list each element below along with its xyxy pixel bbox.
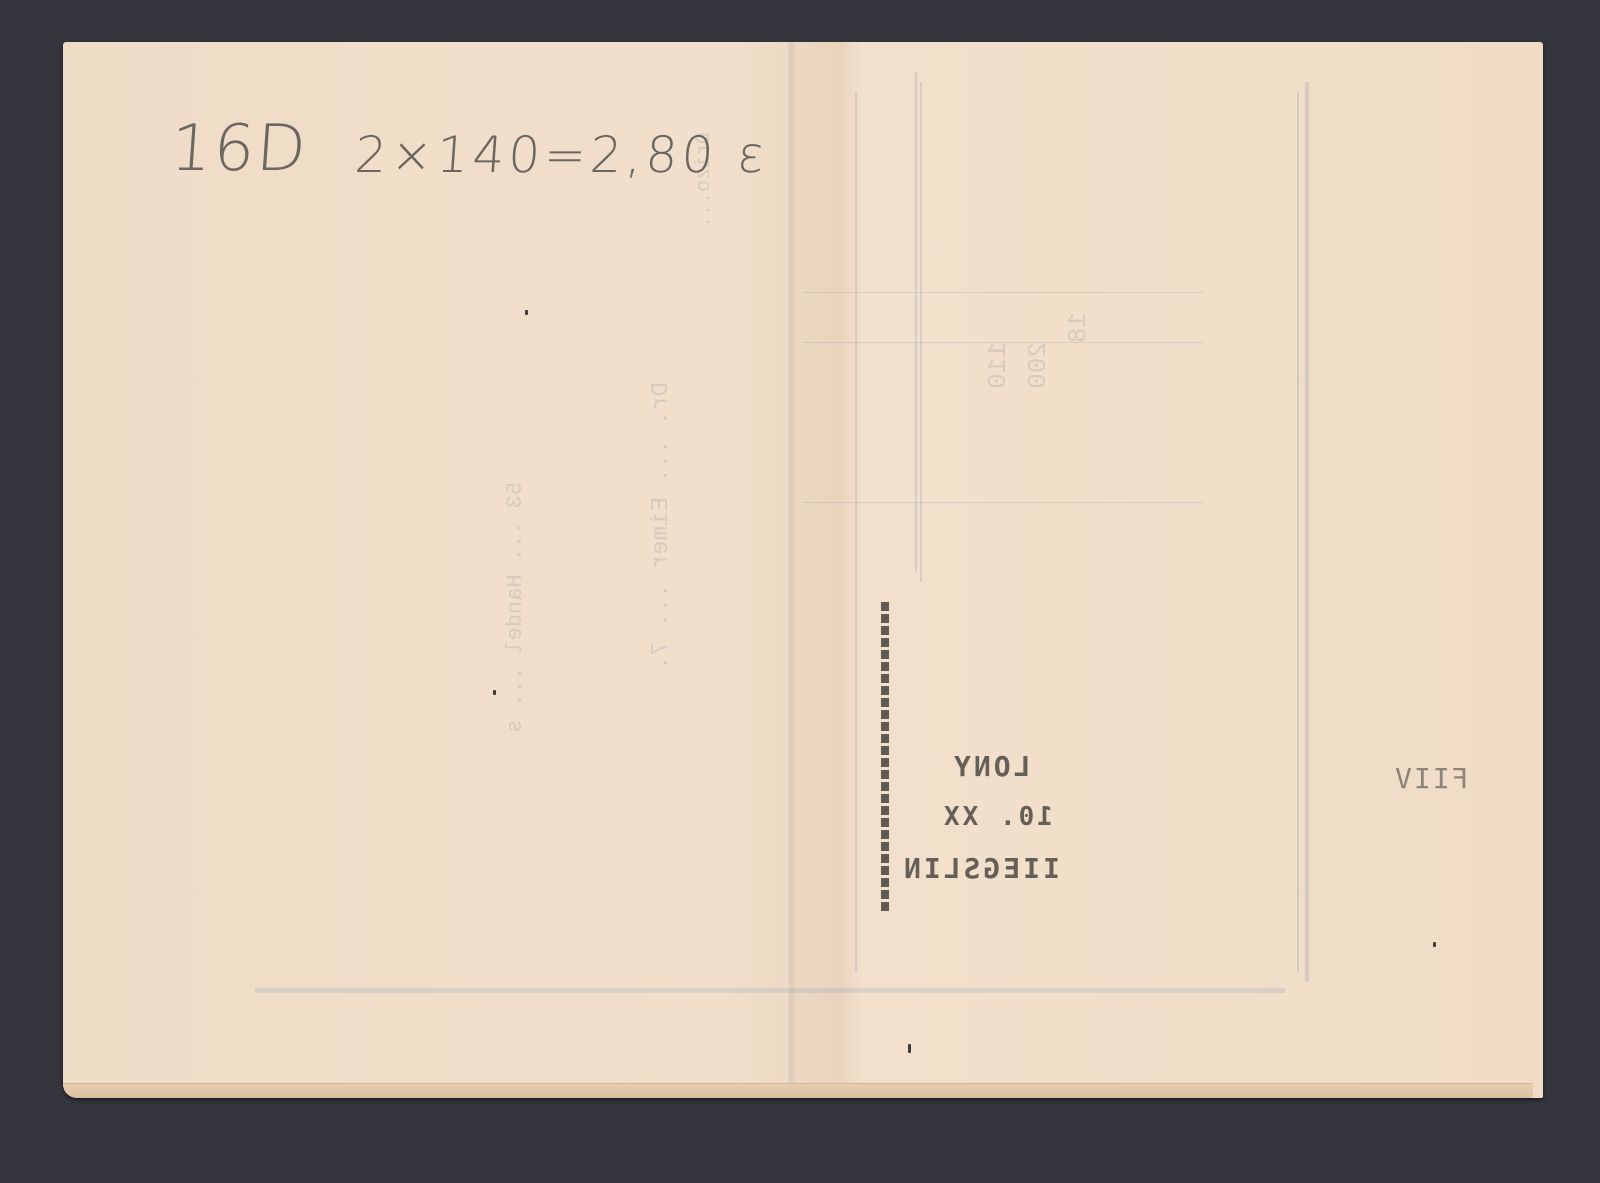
stamp-line: LONY [951,750,1030,783]
bleed-through-text: 53 ... Handel ... s [503,482,528,733]
handwritten-calculation: 2×140=2,80 ε [353,126,770,184]
handwritten-note-16d: 16D [168,112,310,186]
bleed-through-rule [803,502,1203,503]
bleed-through-text: 18 [1063,312,1093,343]
bleed-through-rule [1305,82,1309,982]
stamp-line: IIEGSLIN [901,852,1060,885]
stamp-line: 10. XX [941,802,1053,832]
stamp-border-bar [881,602,889,912]
document-paper: Drizo... Dr. ... Eimer ... 7. 53 ... Han… [63,42,1543,1098]
fold-crease [785,42,797,1084]
bleed-through-rule [803,292,1203,293]
bleed-through-rule [920,82,922,582]
partial-stamp-right: FIIV [1393,762,1468,795]
bleed-through-bottom-rule [255,988,1285,993]
bleed-through-rule [915,72,917,572]
bleed-through-text: 110 [983,342,1013,389]
ink-speck [908,1044,911,1053]
bleed-through-text: Dr. ... Eimer ... 7. [648,382,675,670]
ink-speck [525,310,528,315]
ink-speck [493,690,496,695]
ink-speck [1433,942,1436,947]
postmark-stamp: LONY 10. XX IIEGSLIN [881,602,1171,912]
bleed-through-text: 200 [1023,342,1053,389]
paper-bottom-edge [63,1083,1533,1098]
